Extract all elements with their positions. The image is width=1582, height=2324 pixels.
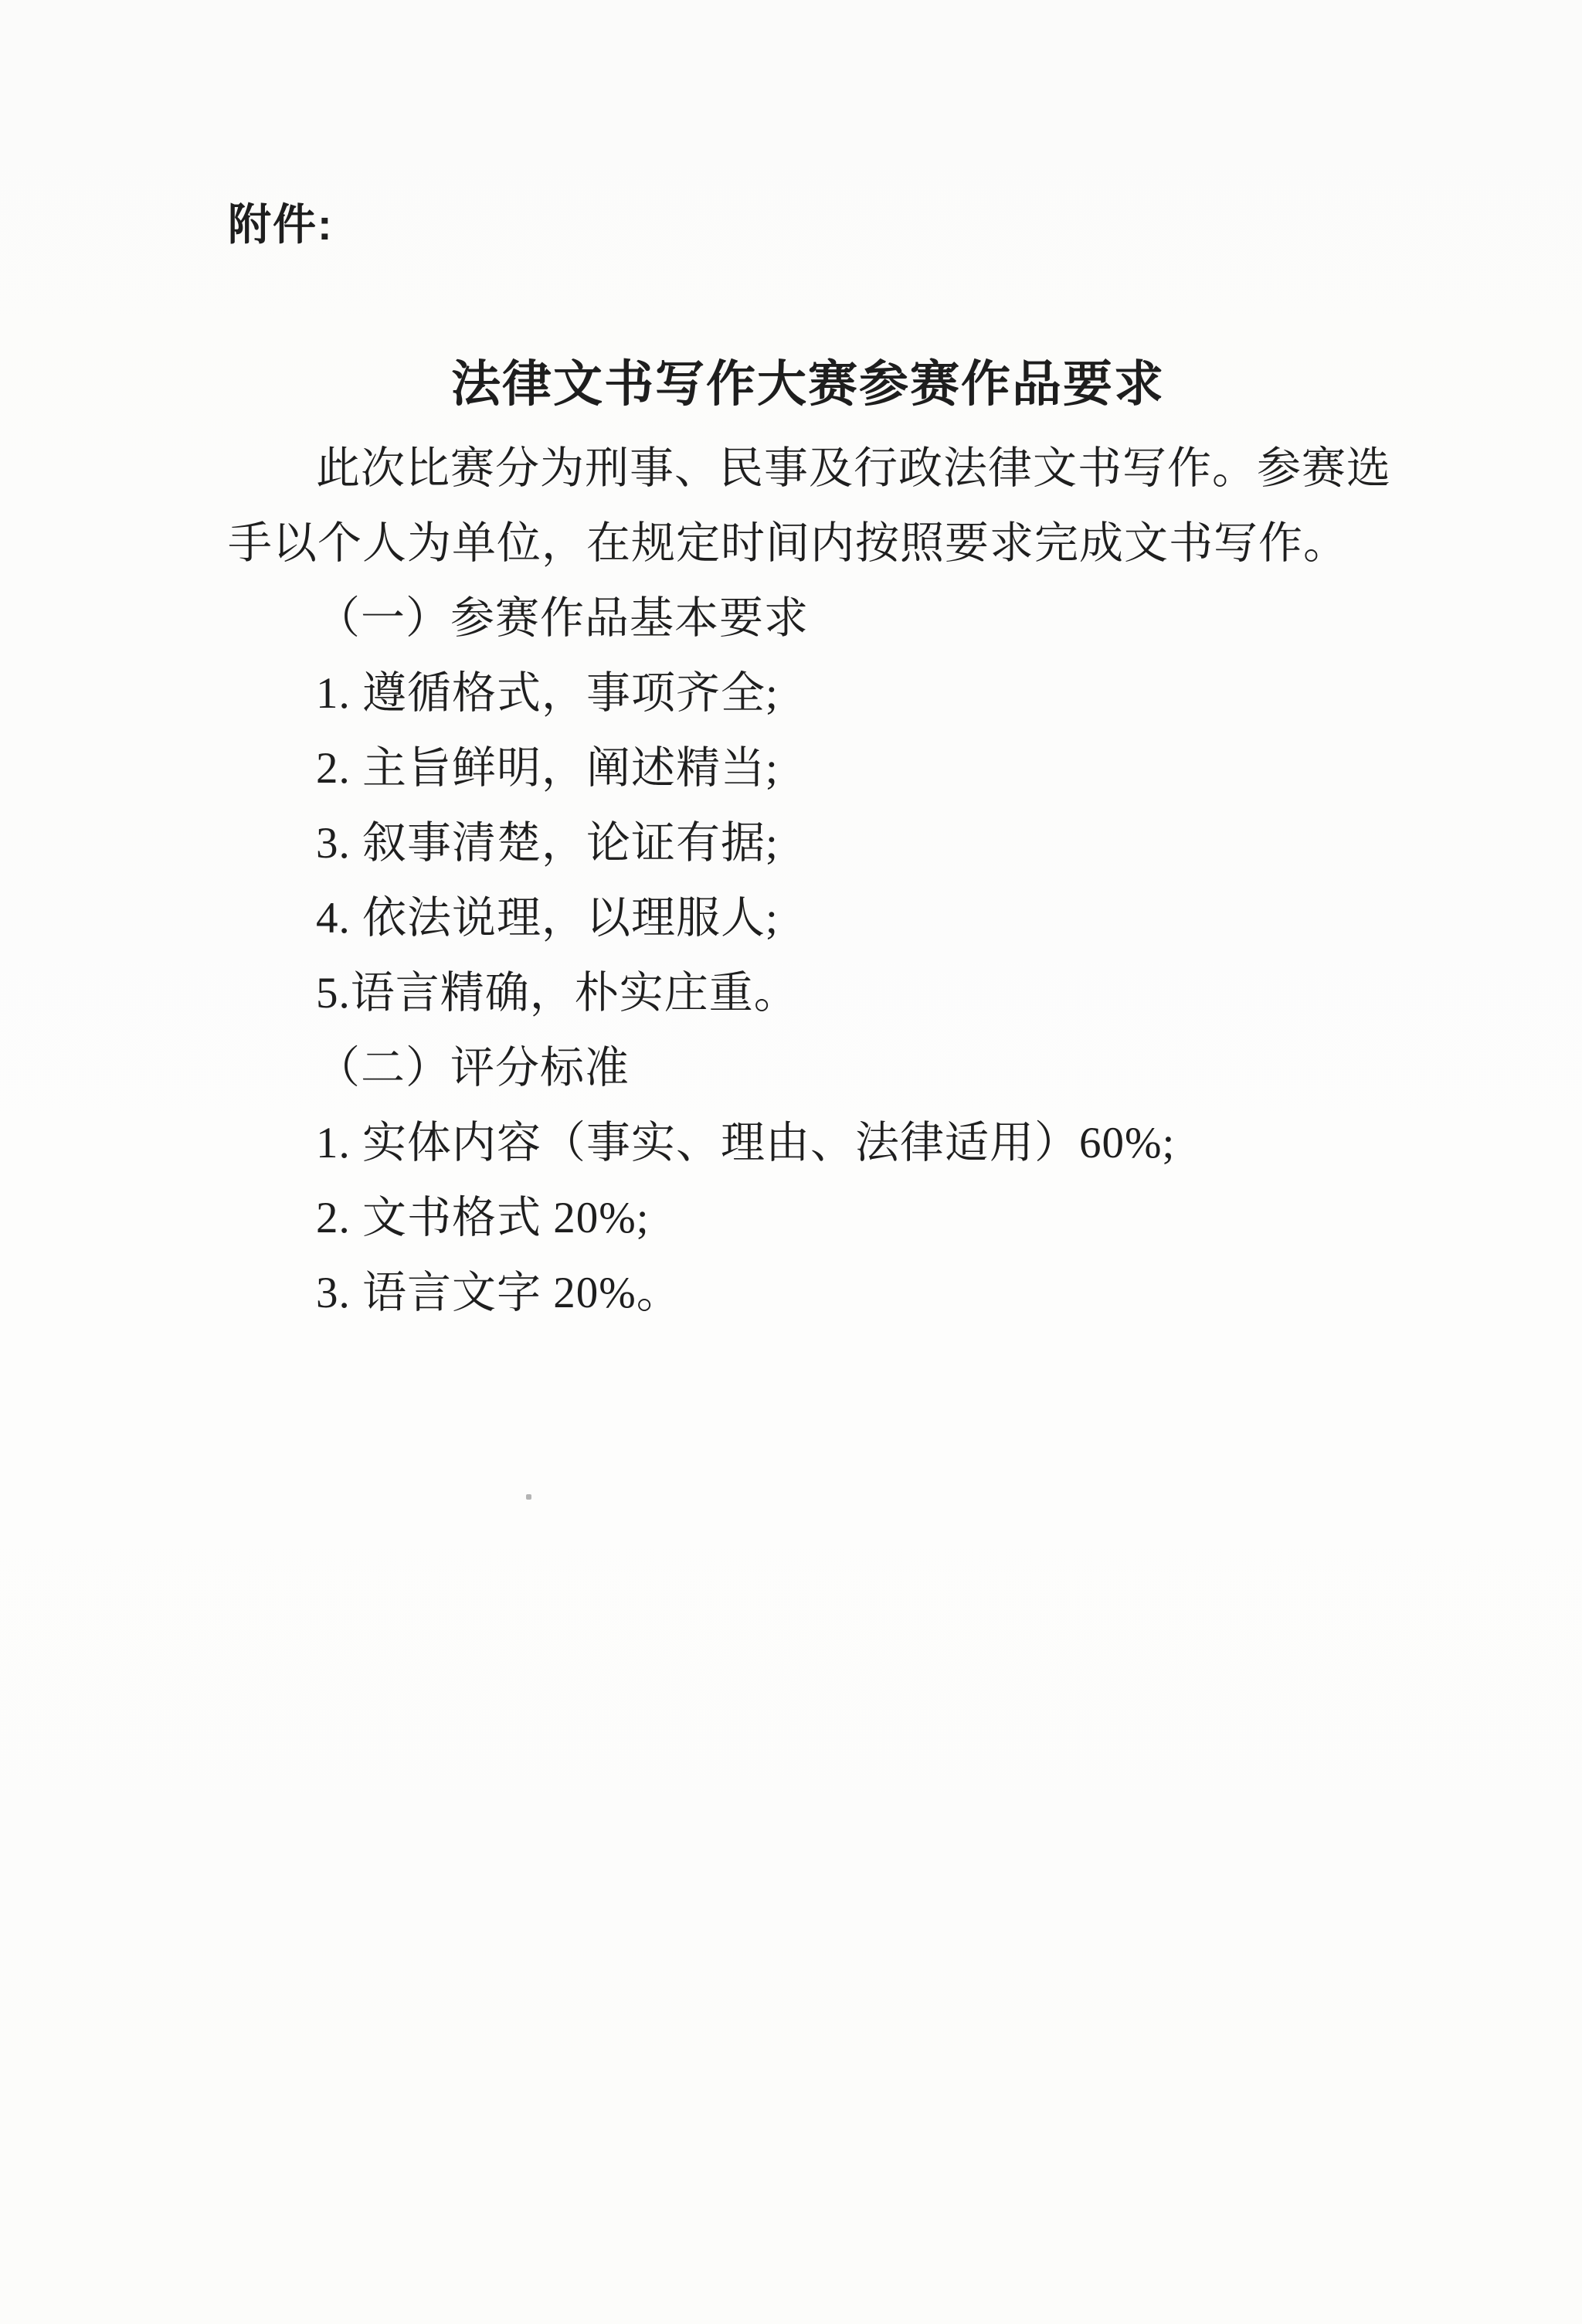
section-1-item-4: 4. 依法说理，以理服人; bbox=[228, 876, 1354, 951]
attachment-label: 附件: bbox=[228, 184, 1354, 259]
section-1-item-5: 5.语言精确，朴实庄重。 bbox=[228, 951, 1354, 1026]
scanned-document-page: 附件: 法律文书写作大赛参赛作品要求 此次比赛分为刑事、民事及行政法律文书写作。… bbox=[0, 0, 1582, 2324]
section-2-item-1: 1. 实体内容（事实、理由、法律适用）60%; bbox=[228, 1101, 1354, 1176]
intro-line-2: 手以个人为单位，在规定时间内按照要求完成文书写作。 bbox=[228, 501, 1354, 576]
section-2-item-2: 2. 文书格式 20%; bbox=[228, 1176, 1354, 1251]
section-2-heading: （二）评分标准 bbox=[228, 1026, 1354, 1101]
section-2-item-3: 3. 语言文字 20%。 bbox=[228, 1251, 1354, 1326]
section-1-heading: （一）参赛作品基本要求 bbox=[228, 576, 1354, 651]
document-title: 法律文书写作大赛参赛作品要求 bbox=[228, 334, 1354, 426]
section-1-item-1: 1. 遵循格式，事项齐全; bbox=[228, 651, 1354, 726]
intro-line-1: 此次比赛分为刑事、民事及行政法律文书写作。参赛选 bbox=[228, 426, 1354, 501]
section-1-item-2: 2. 主旨鲜明，阐述精当; bbox=[228, 726, 1354, 801]
paper-speck bbox=[526, 1494, 531, 1500]
document-content: 附件: 法律文书写作大赛参赛作品要求 此次比赛分为刑事、民事及行政法律文书写作。… bbox=[228, 184, 1354, 1326]
section-1-item-3: 3. 叙事清楚，论证有据; bbox=[228, 801, 1354, 876]
vertical-gap bbox=[228, 259, 1354, 334]
